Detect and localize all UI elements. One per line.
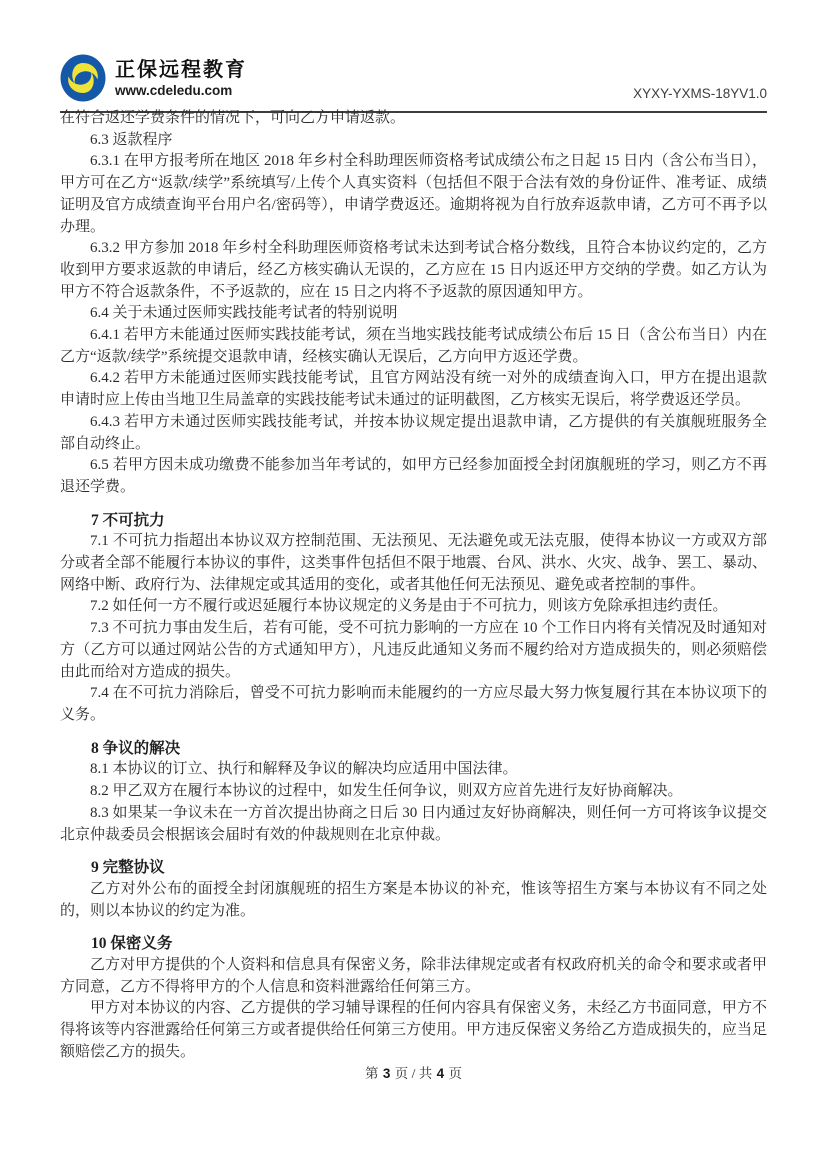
clause-6-4-2: 6.4.2 若甲方未能通过医师实践技能考试，且官方网站没有统一对外的成绩查询入口…: [60, 368, 767, 411]
page-header: 正保远程教育 www.cdeledu.com XYXY-YXMS-18YV1.0: [60, 54, 767, 102]
clause-6-3: 6.3 返款程序: [60, 130, 767, 152]
footer-label-prefix: 第: [365, 1066, 382, 1081]
brand-name: 正保远程教育: [115, 57, 247, 83]
doc-code: XYXY-YXMS-18YV1.0: [633, 86, 767, 102]
clause-8-1: 8.1 本协议的订立、执行和解释及争议的解决均应适用中国法律。: [60, 759, 767, 781]
clause-6-4: 6.4 关于未通过医师实践技能考试者的特别说明: [60, 303, 767, 325]
section-10-heading: 10 保密义务: [60, 933, 767, 955]
section-9-heading: 9 完整协议: [60, 857, 767, 879]
clause-8-3: 8.3 如果某一争议未在一方首次提出协商之日后 30 日内通过友好协商解决，则任…: [60, 803, 767, 846]
clause-10-body-1: 乙方对甲方提供的个人资料和信息具有保密义务，除非法律规定或者有权政府机关的命令和…: [60, 955, 767, 998]
brand-url: www.cdeledu.com: [115, 83, 247, 99]
swirl-globe-icon: [60, 54, 106, 102]
clause-6-4-3: 6.4.3 若甲方未通过医师实践技能考试，并按本协议规定提出退款申请，乙方提供的…: [60, 412, 767, 455]
clause-10-body-2: 甲方对本协议的内容、乙方提供的学习辅导课程的任何内容具有保密义务，未经乙方书面同…: [60, 998, 767, 1063]
clause-7-2: 7.2 如任何一方不履行或迟延履行本协议规定的义务是由于不可抗力，则该方免除承担…: [60, 596, 767, 618]
clause-7-1: 7.1 不可抗力指超出本协议双方控制范围、无法预见、无法避免或无法克服，使得本协…: [60, 531, 767, 596]
clause-7-3: 7.3 不可抗力事由发生后，若有可能，受不可抗力影响的一方应在 10 个工作日内…: [60, 618, 767, 683]
section-8-heading: 8 争议的解决: [60, 738, 767, 760]
contract-body: 在符合返还学费条件的情况下，可向乙方申请返款。6.3 返款程序6.3.1 在甲方…: [60, 108, 767, 1064]
section-7-heading: 7 不可抗力: [60, 510, 767, 532]
brand-text: 正保远程教育 www.cdeledu.com: [115, 57, 247, 99]
footer-separator: 页 / 共: [391, 1066, 435, 1081]
current-page-number: 3: [382, 1066, 392, 1081]
page-footer: 第 3 页 / 共 4 页: [0, 1064, 827, 1084]
clause-6-3-2: 6.3.2 甲方参加 2018 年乡村全科助理医师资格考试未达到考试合格分数线，…: [60, 238, 767, 303]
brand: 正保远程教育 www.cdeledu.com: [60, 54, 247, 102]
clause-6-3-1: 6.3.1 在甲方报考所在地区 2018 年乡村全科助理医师资格考试成绩公布之日…: [60, 151, 767, 238]
clause-8-2: 8.2 甲乙双方在履行本协议的过程中，如发生任何争议，则双方应首先进行友好协商解…: [60, 781, 767, 803]
contract-document-page: 正保远程教育 www.cdeledu.com XYXY-YXMS-18YV1.0…: [0, 0, 827, 1169]
clause-6-4-1: 6.4.1 若甲方未能通过医师实践技能考试，须在当地实践技能考试成绩公布后 15…: [60, 325, 767, 368]
total-page-number: 4: [436, 1066, 446, 1081]
clause-continuation: 在符合返还学费条件的情况下，可向乙方申请返款。: [60, 108, 767, 130]
clause-9-body: 乙方对外公布的面授全封闭旗舰班的招生方案是本协议的补充，惟该等招生方案与本协议有…: [60, 879, 767, 922]
clause-7-4: 7.4 在不可抗力消除后，曾受不可抗力影响而未能履约的一方应尽最大努力恢复履行其…: [60, 683, 767, 726]
footer-label-suffix: 页: [445, 1066, 462, 1081]
clause-6-5: 6.5 若甲方因未成功缴费不能参加当年考试的，如甲方已经参加面授全封闭旗舰班的学…: [60, 455, 767, 498]
